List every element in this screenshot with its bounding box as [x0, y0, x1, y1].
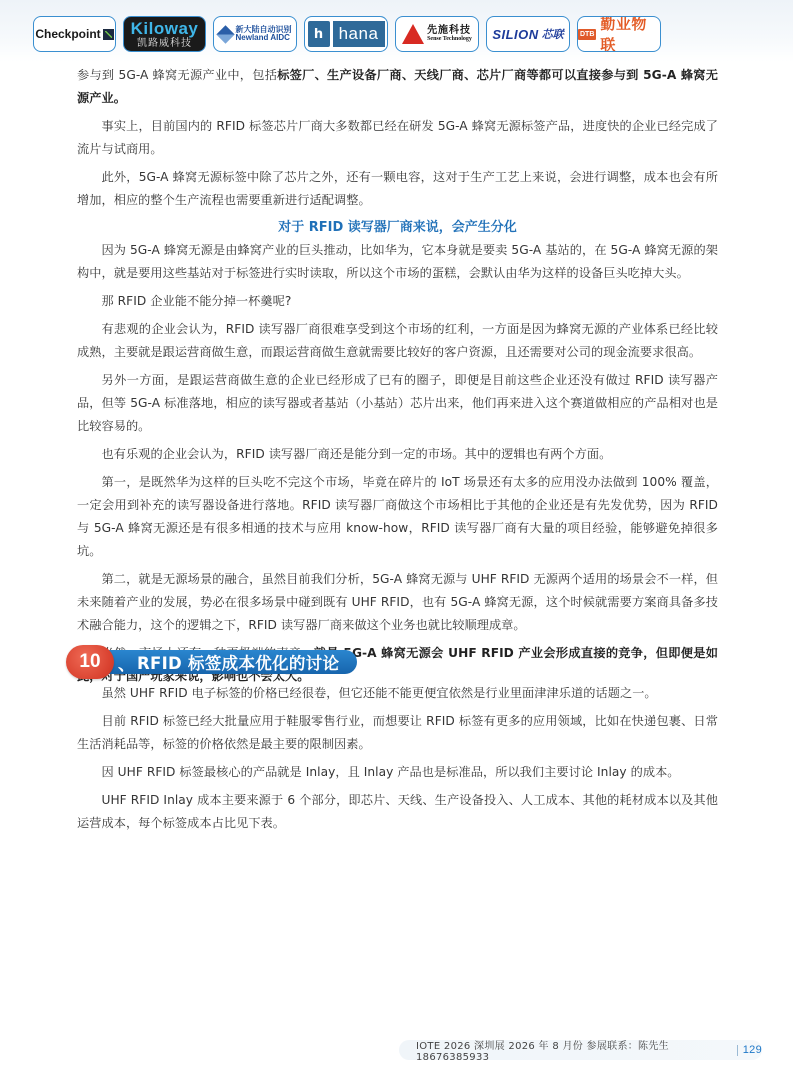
logo-checkpoint: Checkpoint	[33, 16, 116, 52]
paragraph: 那 RFID 企业能不能分掉一杯羹呢?	[77, 290, 718, 313]
logo-sense-en: Sense Technology	[427, 36, 472, 43]
paragraph: 有悲观的企业会认为，RFID 读写器厂商很难享受到这个市场的红利，一方面是因为蜂…	[77, 318, 718, 364]
paragraph: 目前 RFID 标签已经大批量应用于鞋服零售行业，而想要让 RFID 标签有更多…	[77, 710, 718, 756]
newland-diamond-icon	[216, 25, 234, 43]
logo-kiloway-cn: 凯路威科技	[137, 39, 192, 49]
page-number: 129	[743, 1044, 762, 1056]
logo-newland: 新大陆自动识别 Newland AIDC	[213, 16, 297, 52]
article-body-bottom: 虽然 UHF RFID 电子标签的价格已经很卷，但它还能不能更便宜依然是行业里面…	[77, 682, 718, 840]
subheading: 对于 RFID 读写器厂商来说，会产生分化	[77, 217, 718, 239]
logo-newland-en: Newland AIDC	[236, 34, 292, 42]
checkpoint-mark-icon	[103, 29, 114, 40]
paragraph: 参与到 5G-A 蜂窝无源产业中，包括标签厂、生产设备厂商、天线厂商、芯片厂商等…	[77, 64, 718, 110]
paragraph: 第一，是既然华为这样的巨头吃不完这个市场，毕竟在碎片的 IoT 场景还有太多的应…	[77, 471, 718, 563]
paragraph: UHF RFID Inlay 成本主要来源于 6 个部分，即芯片、天线、生产设备…	[77, 789, 718, 835]
page-footer: IOTE 2026 深圳展 2026 年 8 月份 参展联系：陈先生 18676…	[399, 1040, 762, 1060]
logo-kiloway: Kiloway 凯路威科技	[123, 16, 206, 52]
paragraph: 第二，就是无源场景的融合，虽然目前我们分析，5G-A 蜂窝无源与 UHF RFI…	[77, 568, 718, 637]
header-band: Checkpoint Kiloway 凯路威科技 新大陆自动识别 Newland…	[0, 0, 793, 62]
logo-silion: SILION 芯联	[486, 16, 570, 52]
section-number-badge: 10	[66, 645, 114, 679]
section-heading: 10 、 RFID 标签成本优化的讨论	[66, 645, 357, 679]
footer-contact-text: IOTE 2026 深圳展 2026 年 8 月份 参展联系：陈先生 18676…	[416, 1037, 726, 1063]
paragraph: 事实上，目前国内的 RFID 标签芯片厂商大多数都已经在研发 5G-A 蜂窝无源…	[77, 115, 718, 161]
dtb-badge-icon: DTB	[578, 29, 596, 40]
footer-divider	[737, 1045, 738, 1056]
section-title-bar: 、 RFID 标签成本优化的讨论	[104, 650, 357, 674]
paragraph: 虽然 UHF RFID 电子标签的价格已经很卷，但它还能不能更便宜依然是行业里面…	[77, 682, 718, 705]
logo-dtb-cn: 勤业物联	[600, 16, 660, 52]
paragraph: 也有乐观的企业会认为，RFID 读写器厂商还是能分到一定的市场。其中的逻辑也有两…	[77, 443, 718, 466]
sponsor-logo-row: Checkpoint Kiloway 凯路威科技 新大陆自动识别 Newland…	[33, 16, 661, 52]
paragraph: 因 UHF RFID 标签最核心的产品就是 Inlay，且 Inlay 产品也是…	[77, 761, 718, 784]
logo-silion-en: SILION	[492, 27, 538, 42]
logo-checkpoint-text: Checkpoint	[35, 27, 100, 41]
logo-sense-cn: 先施科技	[427, 25, 472, 36]
hana-h-icon: h	[308, 21, 330, 47]
logo-dtb: DTB 勤业物联	[577, 16, 661, 52]
article-body-top: 参与到 5G-A 蜂窝无源产业中，包括标签厂、生产设备厂商、天线厂商、芯片厂商等…	[77, 64, 718, 693]
paragraph: 因为 5G-A 蜂窝无源是由蜂窝产业的巨头推动，比如华为，它本身就是要卖 5G-…	[77, 239, 718, 285]
logo-sense: 先施科技 Sense Technology	[395, 16, 479, 52]
logo-silion-cn: 芯联	[542, 26, 564, 42]
sense-triangle-icon	[402, 24, 424, 44]
paragraph: 此外，5G-A 蜂窝无源标签中除了芯片之外，还有一颗电容，这对于生产工艺上来说，…	[77, 166, 718, 212]
section-separator: 、	[118, 650, 135, 675]
logo-hana: h hana	[304, 16, 388, 52]
logo-hana-text: hana	[333, 21, 385, 47]
paragraph: 另外一方面，是跟运营商做生意的企业已经形成了已有的圈子，即便是目前这些企业还没有…	[77, 369, 718, 438]
logo-kiloway-en: Kiloway	[131, 20, 199, 37]
section-title: RFID 标签成本优化的讨论	[137, 650, 339, 674]
